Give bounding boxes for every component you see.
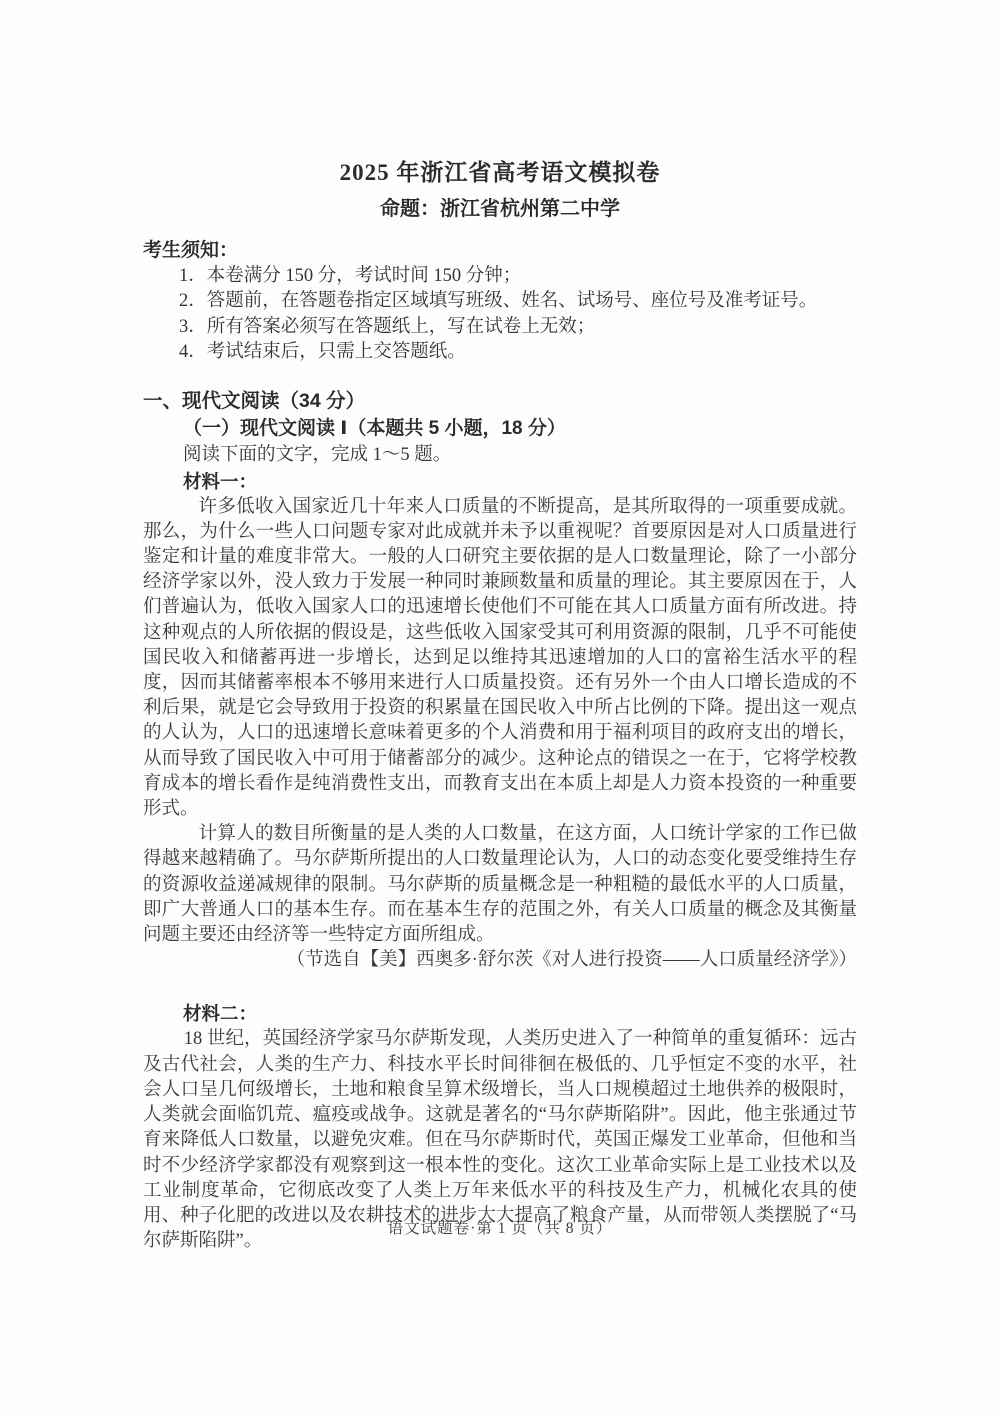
- notice-item: 1．本卷满分 150 分，考试时间 150 分钟；: [143, 264, 857, 289]
- section-subheading: （一）现代文阅读 Ⅰ（本题共 5 小题，18 分）: [143, 415, 857, 442]
- source-attribution: （节选自【美】西奥多·舒尔茨《对人进行投资——人口质量经济学》）: [143, 948, 857, 973]
- page-title: 2025 年浙江省高考语文模拟卷: [143, 160, 857, 186]
- material-one-label: 材料一：: [143, 469, 857, 495]
- material-one-paragraph: 计算人的数目所衡量的是人类的人口数量，在这方面，人口统计学家的工作已做得越来越精…: [143, 822, 857, 948]
- exam-page: 2025 年浙江省高考语文模拟卷 命题：浙江省杭州第二中学 考生须知： 1．本卷…: [0, 0, 1000, 1414]
- reading-instruction: 阅读下面的文字，完成 1～5 题。: [143, 442, 857, 469]
- notice-heading: 考生须知：: [143, 238, 857, 264]
- material-two-label: 材料二：: [143, 1001, 857, 1027]
- notice-block: 考生须知： 1．本卷满分 150 分，考试时间 150 分钟； 2．答题前，在答…: [143, 238, 857, 366]
- page-footer: 语文试题卷·第 1 页（共 8 页）: [0, 1216, 1000, 1238]
- notice-item: 4．考试结束后，只需上交答题纸。: [143, 340, 857, 365]
- page-subtitle: 命题：浙江省杭州第二中学: [143, 196, 857, 222]
- section-block: 一、现代文阅读（34 分） （一）现代文阅读 Ⅰ（本题共 5 小题，18 分） …: [143, 388, 857, 469]
- material-one: 材料一： 许多低收入国家近几十年来人口质量的不断提高，是其所取得的一项重要成就。…: [143, 469, 857, 974]
- material-one-paragraph: 许多低收入国家近几十年来人口质量的不断提高，是其所取得的一项重要成就。那么，为什…: [143, 495, 857, 823]
- notice-item: 3．所有答案必须写在答题纸上，写在试卷上无效；: [143, 315, 857, 340]
- notice-item: 2．答题前，在答题卷指定区域填写班级、姓名、试场号、座位号及准考证号。: [143, 289, 857, 314]
- section-heading: 一、现代文阅读（34 分）: [143, 388, 857, 415]
